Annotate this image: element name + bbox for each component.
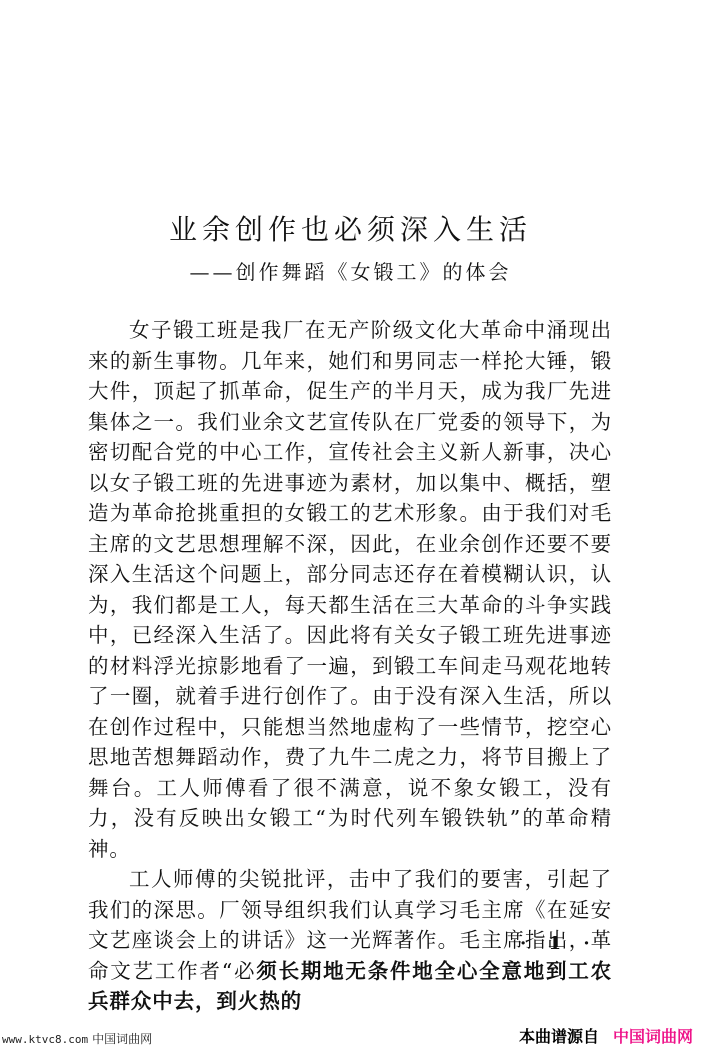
article-title: 业余创作也必须深入生活 [0, 210, 701, 250]
watermark-site-name: 中国词曲网 [92, 1032, 152, 1046]
page-number: · 1 · [520, 933, 598, 954]
document-page: 业余创作也必须深入生活 ——创作舞蹈《女锻工》的体会 女子锻工班是我厂在无产阶级… [0, 0, 701, 1051]
article-body: 女子锻工班是我厂在无产阶级文化大革命中涌现出来的新生事物。几年来，她们和男同志一… [88, 315, 612, 1017]
watermark-url: www.ktvc8.com [2, 1033, 88, 1046]
paragraph: 女子锻工班是我厂在无产阶级文化大革命中涌现出来的新生事物。几年来，她们和男同志一… [88, 315, 612, 864]
source-label: 本曲谱源自 [519, 1027, 599, 1046]
source-site-link[interactable]: 中国词曲网 [613, 1027, 693, 1046]
watermark: www.ktvc8.com中国词曲网 [2, 1030, 152, 1047]
source-credit: 本曲谱源自中国词曲网 [519, 1024, 693, 1047]
article-subtitle: ——创作舞蹈《女锻工》的体会 [0, 257, 701, 287]
